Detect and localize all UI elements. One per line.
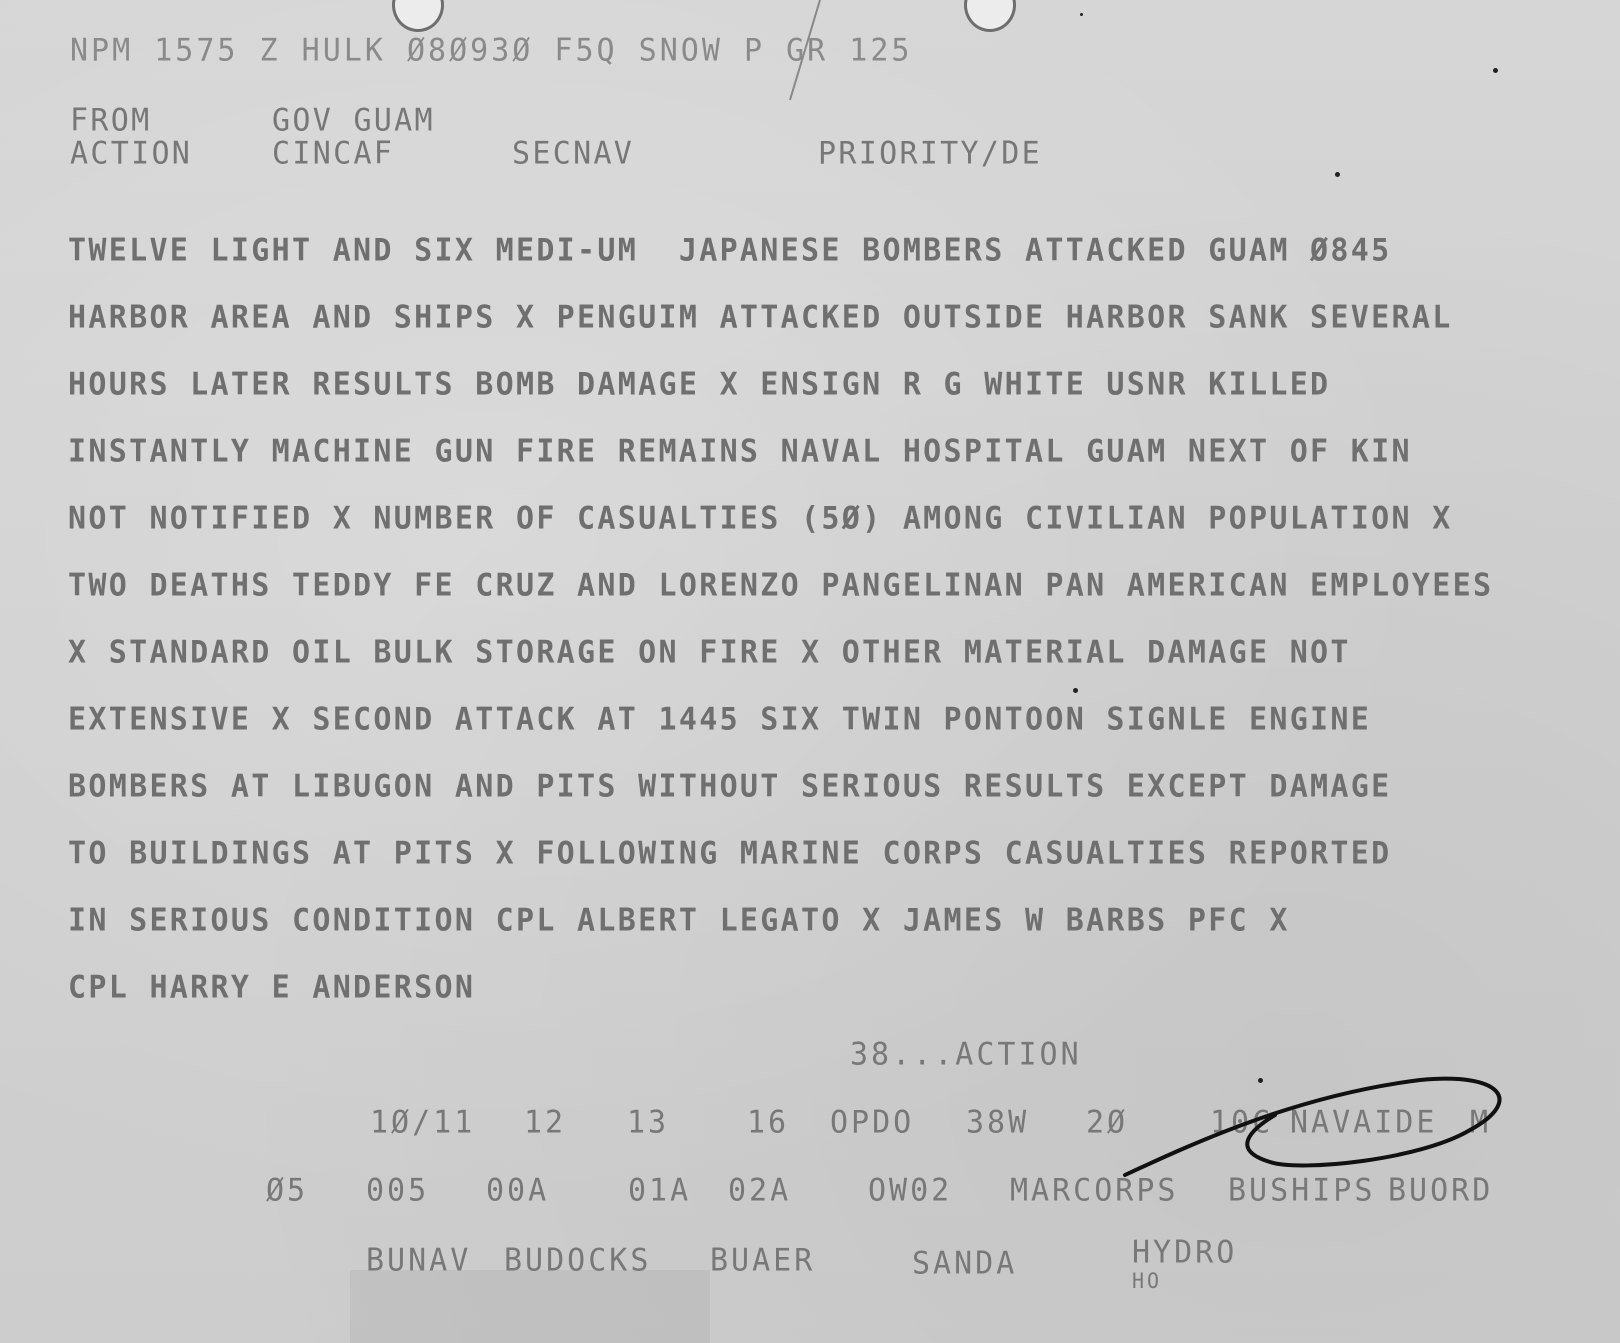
handwritten-pen-marks	[0, 0, 1620, 1343]
distribution-code: BUNAV	[366, 1242, 471, 1279]
precedence: PRIORITY/DE	[818, 135, 1042, 172]
distribution-code: 00A	[486, 1172, 549, 1209]
distribution-code: 10C	[1210, 1104, 1273, 1141]
body-line: INSTANTLY MACHINE GUN FIRE REMAINS NAVAL…	[68, 433, 1412, 470]
action-addressee-2: SECNAV	[512, 135, 634, 172]
body-line: EXTENSIVE X SECOND ATTACK AT 1445 SIX TW…	[68, 701, 1371, 738]
punch-hole-icon	[392, 0, 444, 32]
distribution-code: 02A	[728, 1172, 791, 1209]
speck	[1258, 1078, 1263, 1083]
punch-hole-icon	[964, 0, 1016, 32]
speck	[1080, 13, 1083, 16]
distribution-code: MARCORPS	[1010, 1172, 1179, 1209]
distribution-code: 16	[747, 1104, 789, 1141]
action-addressee-1: CINCAF	[272, 135, 394, 172]
document-page: NPM 1575 Z HULK Ø8Ø93Ø F5Q SNOW P GR 125…	[0, 0, 1620, 1343]
distribution-code: 13	[627, 1104, 669, 1141]
distribution-code: 38W	[966, 1104, 1029, 1141]
speck	[1493, 68, 1498, 73]
distribution-code: BUAER	[710, 1242, 815, 1279]
distribution-code: 12	[524, 1104, 566, 1141]
distribution-code: 1Ø/11	[370, 1104, 475, 1141]
distribution-code: 01A	[628, 1172, 691, 1209]
distribution-code: OPDO	[830, 1104, 914, 1141]
distribution-code: NAVAIDE	[1290, 1104, 1437, 1141]
distribution-code: BUORD	[1388, 1172, 1493, 1209]
from-value: GOV GUAM	[272, 102, 435, 139]
body-line: TWO DEATHS TEDDY FE CRUZ AND LORENZO PAN…	[68, 567, 1493, 604]
body-line: IN SERIOUS CONDITION CPL ALBERT LEGATO X…	[68, 902, 1290, 939]
action-label: ACTION	[70, 135, 192, 172]
speck	[1335, 172, 1340, 177]
distribution-code: BUDOCKS	[504, 1242, 651, 1279]
body-line: BOMBERS AT LIBUGON AND PITS WITHOUT SERI…	[68, 768, 1392, 805]
distribution-code: OW02	[868, 1172, 952, 1209]
body-line: HARBOR AREA AND SHIPS X PENGUIM ATTACKED…	[68, 299, 1453, 336]
distribution-code: 2Ø	[1086, 1104, 1128, 1141]
distribution-code-sub: HO	[1132, 1268, 1162, 1293]
speck	[1073, 688, 1078, 693]
body-line: TWELVE LIGHT AND SIX MEDI-UM JAPANESE BO…	[68, 232, 1392, 269]
body-line: CPL HARRY E ANDERSON	[68, 969, 475, 1006]
distribution-code: SANDA	[912, 1245, 1017, 1282]
message-header-line: NPM 1575 Z HULK Ø8Ø93Ø F5Q SNOW P GR 125	[70, 32, 912, 69]
distribution-code: 005	[366, 1172, 429, 1209]
scan-shading	[350, 1270, 710, 1343]
body-line: X STANDARD OIL BULK STORAGE ON FIRE X OT…	[68, 634, 1351, 671]
distribution-code: Ø5	[266, 1172, 308, 1209]
from-label: FROM	[70, 102, 151, 139]
distribution-code: HYDRO	[1132, 1234, 1237, 1271]
body-line: NOT NOTIFIED X NUMBER OF CASUALTIES (5Ø)…	[68, 500, 1453, 537]
action-note: 38...ACTION	[850, 1036, 1082, 1073]
body-line: TO BUILDINGS AT PITS X FOLLOWING MARINE …	[68, 835, 1392, 872]
body-line: HOURS LATER RESULTS BOMB DAMAGE X ENSIGN…	[68, 366, 1330, 403]
distribution-code: BUSHIPS	[1228, 1172, 1375, 1209]
distribution-code: M	[1470, 1104, 1491, 1141]
